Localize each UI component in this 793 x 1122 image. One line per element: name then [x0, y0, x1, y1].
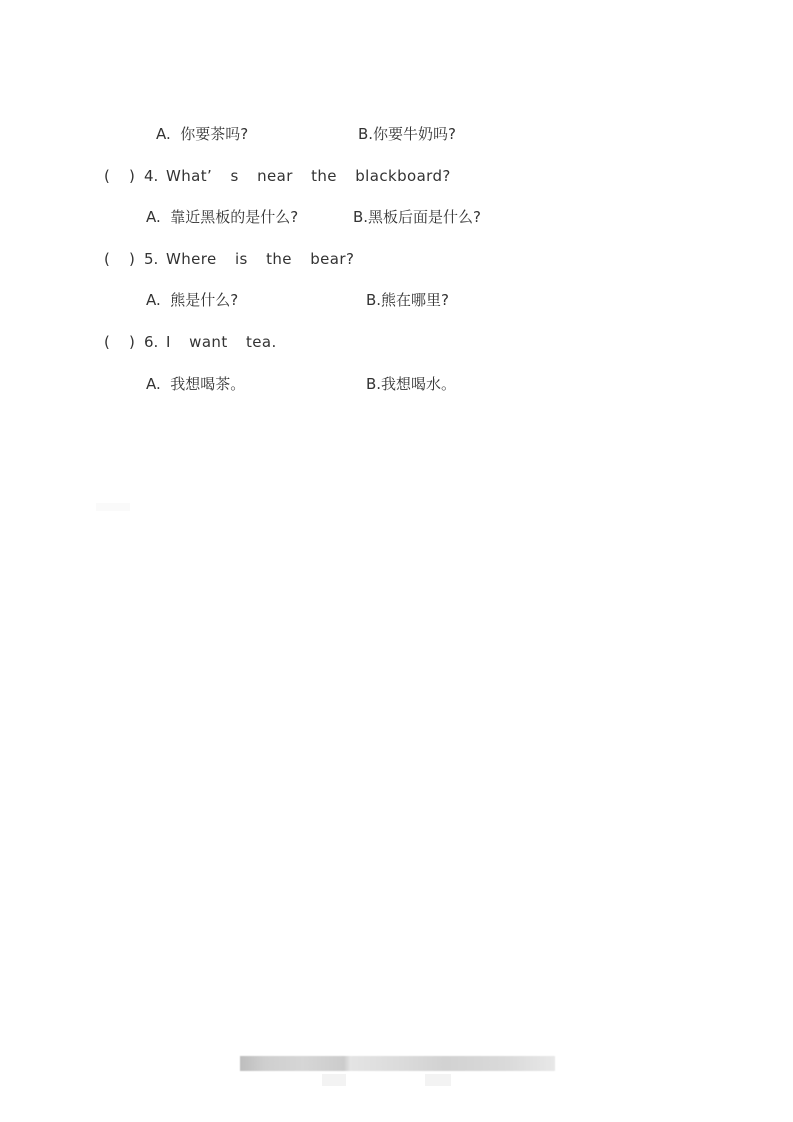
blurred-footer-mark [322, 1074, 346, 1086]
option-a-item-5: A. 熊是什么? [146, 290, 238, 310]
question-number: 6. [144, 332, 158, 352]
option-b-item-4: B.黑板后面是什么? [353, 207, 481, 227]
question-text: Where is the bear? [166, 249, 354, 269]
blurred-footer-mark [425, 1074, 451, 1086]
question-text: I want tea. [166, 332, 277, 352]
blurred-footer-bar [240, 1056, 555, 1071]
question-text: What’ s near the blackboard? [166, 166, 451, 186]
answer-paren-close: ) [129, 332, 135, 352]
option-a-item-3: A. 你要茶吗? [156, 124, 248, 144]
faint-watermark [96, 503, 130, 511]
option-b-item-6: B.我想喝水。 [366, 374, 456, 394]
option-a-item-4: A. 靠近黑板的是什么? [146, 207, 298, 227]
option-b-item-5: B.熊在哪里? [366, 290, 449, 310]
answer-paren-open[interactable]: ( [104, 332, 110, 352]
question-number: 5. [144, 249, 158, 269]
answer-paren-open[interactable]: ( [104, 249, 110, 269]
option-a-item-6: A. 我想喝茶。 [146, 374, 245, 394]
answer-paren-close: ) [129, 249, 135, 269]
answer-paren-open[interactable]: ( [104, 166, 110, 186]
option-b-item-3: B.你要牛奶吗? [358, 124, 456, 144]
question-number: 4. [144, 166, 158, 186]
answer-paren-close: ) [129, 166, 135, 186]
